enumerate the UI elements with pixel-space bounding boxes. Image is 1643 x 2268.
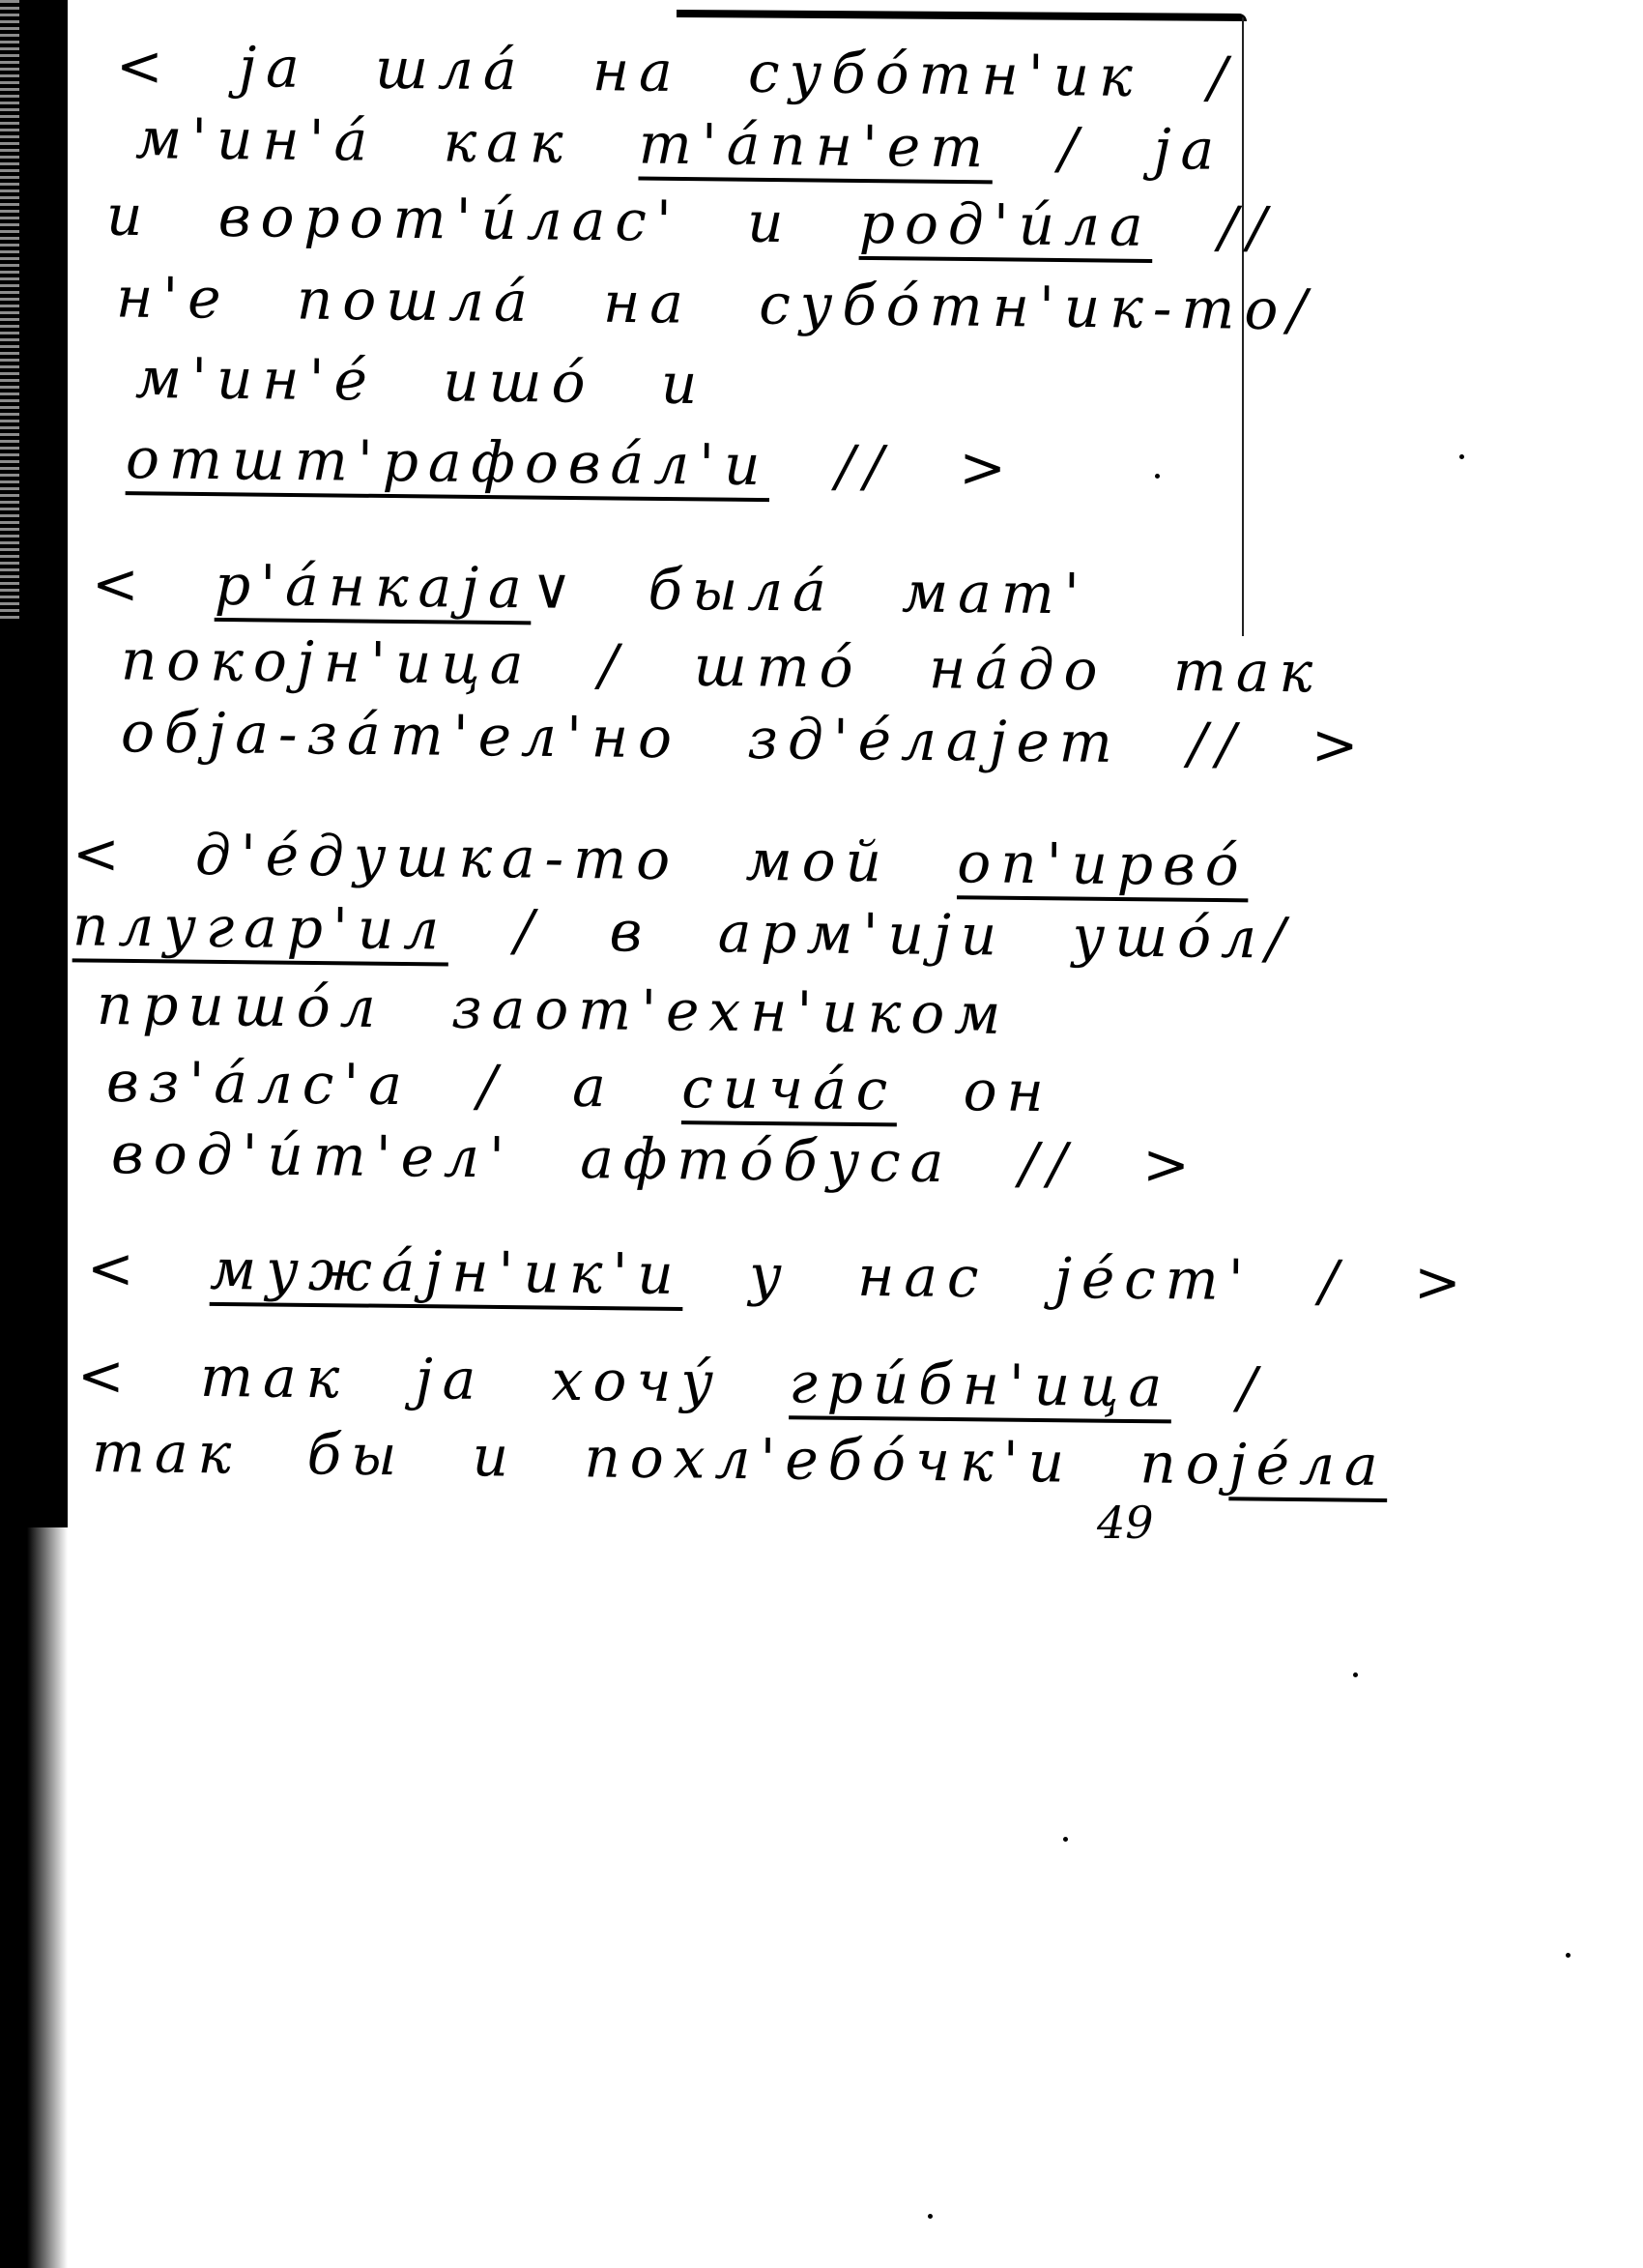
text-segment: м'ин'а́ как	[135, 105, 640, 176]
underlined-word: је́ла	[1228, 1431, 1388, 1498]
text-segment: и ворот'и́лас' и	[106, 183, 860, 256]
underlined-word: сича́с	[681, 1055, 898, 1122]
text-segment: покојн'ица / што́ на́до так	[121, 626, 1323, 705]
text-line: м'ин'е́ ишо́ и	[135, 345, 707, 417]
text-segment: < д'е́душка-то мой	[72, 821, 958, 896]
text-segment: //	[1152, 193, 1276, 260]
text-segment: пришо́л заот'ехн'иком	[97, 972, 1011, 1047]
text-line: м'ин'а́ как т'а́пн'ет / ја	[135, 105, 1225, 183]
text-segment: / в арм'иjи ушо́л/	[448, 896, 1295, 971]
text-line: обја-за́т'ел'но зд'е́лајет // >	[121, 699, 1369, 778]
text-line: так бы и похл'ебо́чк'и поје́ла	[92, 1419, 1388, 1498]
text-segment: <	[87, 1236, 211, 1302]
text-line: < мужа́јн'ик'и у нас је́ст' / >	[87, 1236, 1471, 1316]
text-segment: /	[1171, 1353, 1267, 1420]
underlined-word: отшт'рафова́л'и	[126, 425, 770, 498]
text-segment: ∨ была́ мат'	[531, 555, 1089, 626]
underlined-word: оп'ирво́	[957, 829, 1249, 898]
page-number: 49	[1097, 1497, 1154, 1549]
text-line: пришо́л заот'ехн'иком	[97, 972, 1011, 1047]
scan-speck	[1566, 1953, 1571, 1958]
underlined-word: гри́бн'ица	[789, 1350, 1171, 1419]
text-line: н'е пошла́ на субо́тн'ик-то/	[116, 264, 1317, 342]
text-segment: обја-за́т'ел'но зд'е́лајет // >	[121, 699, 1369, 778]
text-segment: <	[92, 551, 216, 618]
scan-noise	[0, 0, 19, 619]
text-line: покојн'ица / што́ на́до так	[121, 626, 1323, 705]
underlined-word: т'а́пн'ет	[638, 111, 993, 181]
text-segment: вод'и́т'ел' афто́буса // >	[111, 1120, 1200, 1198]
scan-speck	[1353, 1672, 1358, 1677]
text-segment: < так ја хочу́	[77, 1343, 790, 1416]
text-segment: / ја	[993, 114, 1225, 182]
scan-speck	[928, 2214, 933, 2219]
scan-binding-shadow	[0, 1527, 68, 2268]
underlined-word: мужа́јн'ик'и	[210, 1236, 683, 1307]
text-segment: он	[897, 1057, 1053, 1124]
text-line: плугар'ил / в арм'иjи ушо́л/	[72, 892, 1295, 971]
underlined-word: род'и́ла	[859, 190, 1153, 259]
underlined-word: плугар'ил	[72, 892, 449, 962]
text-segment: вз'а́лс'а / а	[106, 1049, 682, 1120]
text-line: вз'а́лс'а / а сича́с он	[106, 1049, 1053, 1124]
scan-speck	[1063, 1837, 1068, 1842]
scan-speck	[1155, 474, 1160, 479]
text-line: < д'е́душка-то мой оп'ирво́	[72, 821, 1249, 899]
text-segment: так бы и похл'ебо́чк'и по	[92, 1419, 1229, 1497]
card-top-edge	[677, 10, 1247, 21]
text-segment: м'ин'е́ ишо́ и	[135, 345, 707, 417]
text-line: < р'а́нкаја∨ была́ мат'	[92, 551, 1089, 627]
text-line: вод'и́т'ел' афто́буса // >	[111, 1120, 1200, 1198]
text-line: и ворот'и́лас' и род'и́ла //	[106, 183, 1277, 261]
text-segment: н'е пошла́ на субо́тн'ик-то/	[116, 264, 1317, 342]
text-line: < ја шла́ на субо́тн'ик /	[116, 33, 1237, 110]
text-line: < так ја хочу́ гри́бн'ица /	[77, 1343, 1267, 1421]
text-segment: // >	[769, 432, 1016, 501]
text-segment: < ја шла́ на субо́тн'ик /	[116, 33, 1237, 110]
text-segment: у нас је́ст' / >	[682, 1241, 1471, 1316]
text-line: отшт'рафова́л'и // >	[126, 425, 1017, 501]
scan-speck	[1459, 454, 1464, 459]
underlined-word: р'а́нкаја	[215, 552, 532, 621]
